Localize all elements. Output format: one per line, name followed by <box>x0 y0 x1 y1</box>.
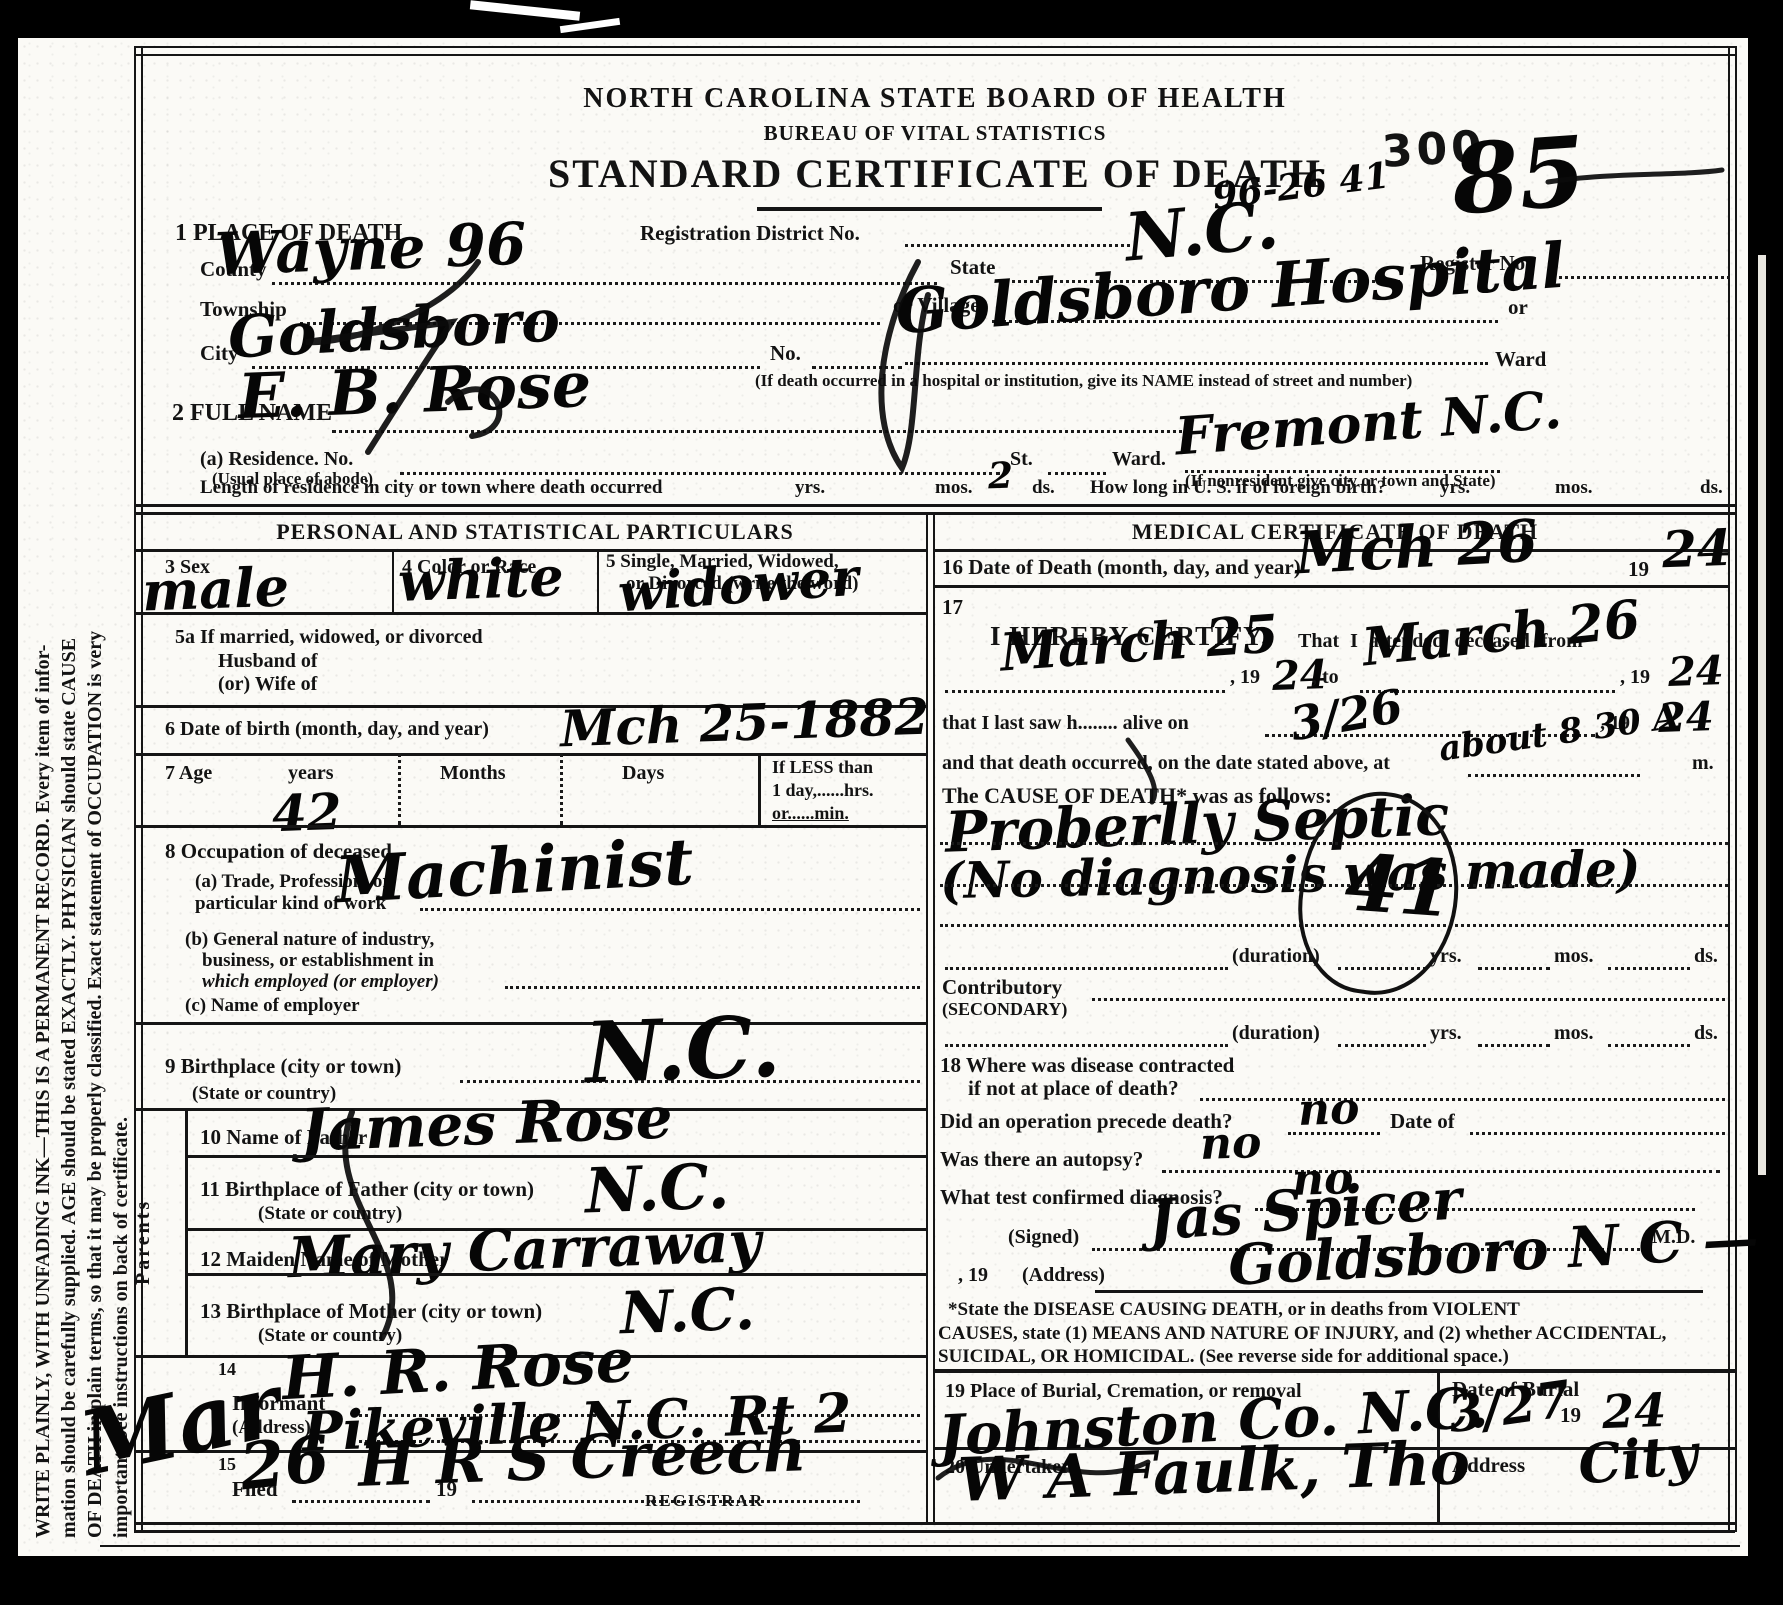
dotted-line <box>945 967 1228 970</box>
duration-ds-label: ds. <box>1694 945 1718 967</box>
footnote-line2: CAUSES, state (1) MEANS AND NATURE OF IN… <box>938 1324 1666 1345</box>
form-border-bottom <box>134 1530 1735 1533</box>
margin-line: WRITE PLAINLY, WITH UNFADING INK—THIS IS… <box>30 63 56 1538</box>
date-of-death-label: 16 Date of Death (month, day, and year) <box>942 556 1301 579</box>
row-line <box>134 825 926 828</box>
dotted-line <box>1338 1044 1426 1047</box>
hw-operation: no <box>1297 1087 1360 1133</box>
address-19-label: , 19 <box>958 1264 988 1286</box>
hw-mother-birthplace: N.C. <box>619 1280 756 1343</box>
margin-instructions: WRITE PLAINLY, WITH UNFADING INK—THIS IS… <box>30 63 134 1538</box>
dotted-line <box>1200 1098 1725 1101</box>
burial-19-label: 19 <box>1560 1404 1581 1427</box>
mother-birthplace-label: 13 Birthplace of Mother (city or town) <box>200 1300 542 1323</box>
signed-label: (Signed) <box>1008 1226 1079 1248</box>
yrs2-label: yrs. <box>1440 478 1470 499</box>
dotted-line <box>1608 967 1690 970</box>
cell-line <box>597 549 599 612</box>
dotted-line <box>945 690 1225 693</box>
dotted-line <box>1478 967 1550 970</box>
margin-line: OF DEATH in plain terms, so that it may … <box>82 63 108 1538</box>
signature-line <box>1095 1290 1703 1293</box>
hw-length-days: 2 <box>987 458 1013 495</box>
birthplace-label: 9 Birthplace (city or town) <box>165 1055 401 1078</box>
dotted-line <box>1470 1132 1725 1135</box>
death-certificate-scan: WRITE PLAINLY, WITH UNFADING INK—THIS IS… <box>0 0 1783 1605</box>
row-line <box>185 1155 926 1158</box>
hw-to-year: 24 <box>1667 651 1724 693</box>
contributory-label: Contributory <box>942 976 1062 999</box>
form-border <box>1735 46 1737 1532</box>
dotted-line <box>905 362 1488 365</box>
hw-undertaker-address: City <box>1576 1426 1701 1492</box>
dotted-line <box>1478 1044 1550 1047</box>
board-title: NORTH CAROLINA STATE BOARD OF HEALTH <box>300 84 1570 115</box>
footnote-line3: SUICIDAL, OR HOMICIDAL. (See reverse sid… <box>938 1347 1509 1368</box>
cell-dashed-line <box>560 753 563 825</box>
duration-mos-label: mos. <box>1554 945 1593 967</box>
row-line <box>134 753 926 756</box>
mos2-label: mos. <box>1555 478 1592 499</box>
dotted-line <box>1048 472 1106 475</box>
physician-address-label: (Address) <box>1022 1264 1105 1286</box>
to-label: , to <box>1312 666 1339 688</box>
father-birthplace-label: 11 Birthplace of Father (city or town) <box>200 1178 534 1201</box>
hw-race: white <box>397 549 564 609</box>
dotted-line <box>505 986 920 989</box>
ward-label: Ward <box>1495 348 1546 371</box>
husband-of-label: Husband of <box>218 650 318 672</box>
form-border <box>1728 46 1730 1532</box>
ward2-label: Ward. <box>1112 448 1166 470</box>
howlong-label: How long in U. S. if of foreign birth? <box>1090 478 1386 499</box>
hw-dod-year: 24 <box>1661 523 1732 575</box>
industry-label: (b) General nature of industry, <box>185 930 434 951</box>
duration2-label: (duration) <box>1232 1022 1320 1044</box>
paper-edge-line <box>100 1545 1740 1547</box>
hw-register-number: 85 <box>1449 123 1589 228</box>
parents-cell-line <box>185 1108 188 1355</box>
ds-label: ds. <box>1032 478 1055 499</box>
bureau-title: BUREAU OF VITAL STATISTICS <box>300 122 1570 145</box>
hw-date-of-death: Mch 26 <box>1294 512 1539 583</box>
row-line <box>933 1369 1735 1373</box>
age-months-label: Months <box>440 762 506 784</box>
age-days-label: Days <box>622 762 664 784</box>
dotted-line <box>812 366 902 369</box>
margin-line: important. See instructions on back of c… <box>108 63 134 1538</box>
row-line <box>933 585 1730 588</box>
registrar-label: REGISTRAR <box>645 1492 764 1511</box>
hw-cause-2: (No diagnosis was made) <box>940 844 1641 906</box>
last-saw-label: that I last saw h........ alive on <box>942 712 1189 734</box>
dotted-line <box>1092 998 1725 1001</box>
length-residence-label: Length of residence in city or town wher… <box>200 478 662 499</box>
duration2-mos-label: mos. <box>1554 1022 1593 1044</box>
wife-of-label: (or) Wife of <box>218 673 317 695</box>
residence-label: (a) Residence. No. <box>200 448 353 470</box>
form-border <box>134 46 136 1532</box>
parents-label: Parents <box>132 1199 154 1285</box>
ds2-label: ds. <box>1700 478 1723 499</box>
secondary-label: (SECONDARY) <box>942 1000 1067 1020</box>
hw-county: Wayne 96 <box>214 215 527 284</box>
form-border <box>134 54 1735 56</box>
hw-dob: Mch 25-1882 <box>559 692 930 755</box>
dotted-line <box>1608 1044 1690 1047</box>
scan-streak <box>470 0 580 20</box>
cell-line <box>758 753 761 825</box>
less-than-label2: 1 day,......hrs. <box>772 781 874 801</box>
industry-label2: business, or establishment in <box>202 951 434 972</box>
scan-bottom-band <box>18 1556 1783 1605</box>
row-line <box>134 612 926 615</box>
to-19-label: , 19 <box>1620 666 1650 688</box>
dotted-line <box>400 472 1000 475</box>
dotted-line <box>905 244 1130 247</box>
hospital-note: (If death occurred in a hospital or inst… <box>755 372 1412 391</box>
date-of-label: Date of <box>1390 1110 1455 1133</box>
personal-header: PERSONAL AND STATISTICAL PARTICULARS <box>150 520 920 544</box>
hw-autopsy: no <box>1199 1121 1262 1167</box>
yrs-label: yrs. <box>795 478 825 499</box>
hw-occupation: Machinist <box>334 831 695 914</box>
form-border <box>134 46 1735 48</box>
disease-contracted-label2: if not at place of death? <box>968 1077 1179 1100</box>
hw-father: James Rose <box>299 1089 673 1160</box>
hw-filed-day: 26 <box>237 1428 332 1501</box>
no-label: No. <box>770 342 801 365</box>
death-occurred-label: and that death occurred, on the date sta… <box>942 752 1390 774</box>
cell-dashed-line <box>398 753 401 825</box>
column-divider <box>926 512 928 1522</box>
hw-birthplace: N.C. <box>584 1005 782 1096</box>
employer-label: (c) Name of employer <box>185 996 360 1017</box>
st-label: St. <box>1010 448 1033 470</box>
hw-sex: male <box>141 559 290 618</box>
row-line <box>134 1022 926 1025</box>
registration-district-label: Registration District No. <box>640 222 860 245</box>
form-border <box>141 46 143 1532</box>
disease-contracted-label: 18 Where was disease contracted <box>940 1054 1234 1077</box>
duration2-ds-label: ds. <box>1694 1022 1718 1044</box>
scan-streak <box>1758 255 1766 1175</box>
mos-label: mos. <box>935 478 972 499</box>
married-widowed-label: 5a If married, widowed, or divorced <box>175 626 483 648</box>
title-underline <box>757 207 1102 211</box>
scan-streak <box>560 18 620 33</box>
occurred-m-label: m. <box>1692 752 1714 774</box>
duration2-yrs-label: yrs. <box>1430 1022 1462 1044</box>
cell-line <box>392 549 394 612</box>
dotted-line <box>1548 276 1730 279</box>
dod-19-label: 19 <box>1628 558 1649 581</box>
hw-marital: widower <box>616 552 860 621</box>
operation-label: Did an operation precede death? <box>940 1110 1232 1133</box>
margin-line: mation should be carefully supplied. AGE… <box>56 63 82 1538</box>
dotted-line <box>945 1044 1228 1047</box>
dotted-line <box>332 430 1190 433</box>
hw-registrar-signature: H R S Creech <box>357 1420 807 1496</box>
hw-undertaker-signature: W A Faulk, Tho <box>957 1433 1471 1511</box>
hw-stamp-41: 41 <box>1342 844 1456 929</box>
dob-label: 6 Date of birth (month, day, and year) <box>165 718 489 740</box>
industry-label3: which employed (or employer) <box>202 972 439 993</box>
autopsy-label: Was there an autopsy? <box>940 1148 1143 1171</box>
footnote-line1: *State the DISEASE CAUSING DEATH, or in … <box>948 1300 1520 1321</box>
dotted-line <box>1468 774 1640 777</box>
age-years-label: years <box>288 762 334 784</box>
form-border-bottom <box>134 1522 1735 1525</box>
section-divider <box>134 504 1735 507</box>
row-line <box>185 1273 926 1276</box>
hw-age: 42 <box>271 787 342 839</box>
from-19-label: , 19 <box>1230 666 1260 688</box>
less-than-label: If LESS than <box>772 758 873 778</box>
less-than-label3: or......min. <box>772 804 849 824</box>
hw-full-name: E. B. Rose <box>237 354 592 428</box>
age-label: 7 Age <box>165 762 212 784</box>
item-17-number: 17 <box>942 596 963 619</box>
